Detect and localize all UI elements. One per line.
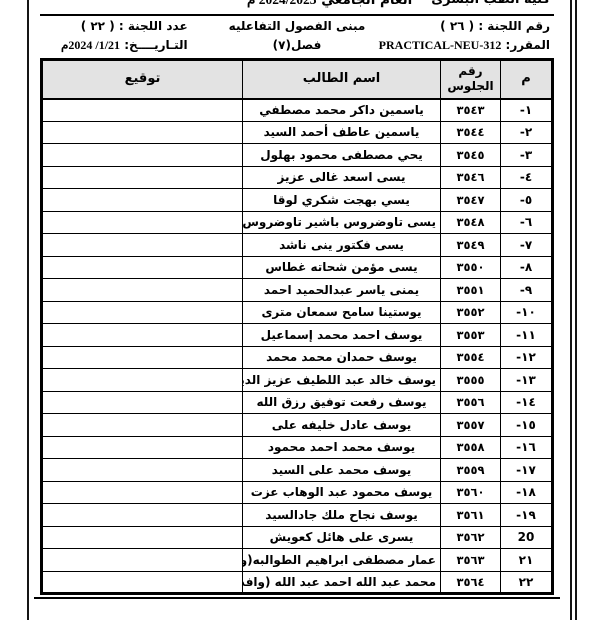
table-row: ١- ٣٥٤٣ ياسمين داكر محمد مصطفي: [42, 99, 553, 122]
table-row: ٢- ٣٥٤٤ ياسمين عاطف أحمد السيد: [42, 121, 553, 144]
table-row: ١٢- ٣٥٥٤ يوسف حمدان محمد محمد: [42, 346, 553, 369]
row-student-name: يوسف محمد احمد محمود: [243, 436, 441, 459]
row-signature-cell: [42, 526, 243, 549]
row-signature-cell: [42, 436, 243, 459]
row-serial: ٢١: [501, 549, 553, 572]
row-student-name: يوسف عادل خليفه على: [243, 414, 441, 437]
date-label: التـاريــــخ:: [124, 38, 187, 52]
row-student-name: يوسف محمد على السيد: [243, 459, 441, 482]
table-row: ٣- ٣٥٤٥ يحي مصطفى محمود بهلول: [42, 144, 553, 167]
table-row: ١٠- ٣٥٥٢ يوستينا سامح سمعان مترى: [42, 301, 553, 324]
table-row: ١٥- ٣٥٥٧ يوسف عادل خليفه على: [42, 414, 553, 437]
date-value: م2024 /1/21: [61, 36, 120, 55]
row-signature-cell: [42, 369, 243, 392]
academic-year-label: العام الجامعي: [321, 0, 412, 8]
row-student-name: ياسمين داكر محمد مصطفي: [243, 99, 441, 122]
row-signature-cell: [42, 256, 243, 279]
row-seat-number: ٣٥٤٦: [441, 166, 501, 189]
table-row: ٥- ٣٥٤٧ يسي بهجت شكري لوقا: [42, 189, 553, 212]
row-student-name: يمنى ياسر عبدالحميد احمد: [243, 279, 441, 302]
row-seat-number: ٣٥٥١: [441, 279, 501, 302]
row-seat-number: ٣٥٥٤: [441, 346, 501, 369]
row-serial: 20: [501, 526, 553, 549]
row-signature-cell: [42, 189, 243, 212]
table-row: ٢١ ٣٥٦٣ عمار مصطفى ابراهيم الطوالبه(وافد…: [42, 549, 553, 572]
row-signature-cell: [42, 144, 243, 167]
table-row: ١٩- ٣٥٦١ يوسف نجاح ملك جادالسيد: [42, 504, 553, 527]
table-row: ٦- ٣٥٤٨ يسى تاوضروس باشير تاوضروس: [42, 211, 553, 234]
row-seat-number: ٣٥٤٣: [441, 99, 501, 122]
course-label: المقرر:: [506, 38, 550, 52]
building-name: مبنى الفصول التفاعليه: [210, 17, 385, 36]
row-seat-number: ٣٥٦٤: [441, 571, 501, 594]
row-serial: ١١-: [501, 324, 553, 347]
row-student-name: يسى تاوضروس باشير تاوضروس: [243, 211, 441, 234]
row-student-name: ياسمين عاطف أحمد السيد: [243, 121, 441, 144]
row-serial: ١٦-: [501, 436, 553, 459]
page-border-right-inner: [575, 0, 577, 620]
serial-column-header: م: [501, 60, 553, 99]
row-signature-cell: [42, 211, 243, 234]
row-seat-number: ٣٥٥٩: [441, 459, 501, 482]
faculty-name: كلية الطب البشرى: [431, 0, 550, 7]
row-signature-cell: [42, 166, 243, 189]
row-student-name: يوسف رفعت توفيق رزق الله: [243, 391, 441, 414]
table-row: ١١- ٣٥٥٣ يوسف احمد محمد إسماعيل: [42, 324, 553, 347]
course-code: PRACTICAL-NEU-312: [379, 38, 502, 52]
row-seat-number: ٣٥٤٧: [441, 189, 501, 212]
table-bottom-rule: [34, 597, 560, 599]
row-serial: ١٤-: [501, 391, 553, 414]
table-row: ١٤- ٣٥٥٦ يوسف رفعت توفيق رزق الله: [42, 391, 553, 414]
row-serial: ١٣-: [501, 369, 553, 392]
row-serial: ٨-: [501, 256, 553, 279]
row-serial: ٧-: [501, 234, 553, 257]
row-seat-number: ٣٥٦٠: [441, 481, 501, 504]
row-signature-cell: [42, 234, 243, 257]
row-signature-cell: [42, 324, 243, 347]
row-serial: ٥-: [501, 189, 553, 212]
students-table-body: ١- ٣٥٤٣ ياسمين داكر محمد مصطفي ٢- ٣٥٤٤ ي…: [42, 99, 553, 594]
row-seat-number: ٣٥٤٥: [441, 144, 501, 167]
row-seat-number: ٣٥٥٢: [441, 301, 501, 324]
students-table: م رقم الجلوس اسم الطالب توقيع ١- ٣٥٤٣ يا…: [40, 58, 554, 595]
row-student-name: يوسف نجاح ملك جادالسيد: [243, 504, 441, 527]
exam-info-block: رقم اللجنة : ( ٢٦ ) المقرر: PRACTICAL-NE…: [40, 17, 554, 57]
row-seat-number: ٣٥٤٩: [441, 234, 501, 257]
row-seat-number: ٣٥٥٠: [441, 256, 501, 279]
row-seat-number: ٣٥٥٨: [441, 436, 501, 459]
page-border-left: [27, 0, 29, 620]
row-seat-number: ٣٥٤٤: [441, 121, 501, 144]
classroom: فصل(٧): [210, 36, 385, 55]
clipped-previous-header: العام الجامعي م 2024/2023 كلية الطب البش…: [0, 0, 596, 13]
row-signature-cell: [42, 459, 243, 482]
student-name-column-header: اسم الطالب: [243, 60, 441, 99]
row-student-name: يوسف حمدان محمد محمد: [243, 346, 441, 369]
row-seat-number: ٣٥٦١: [441, 504, 501, 527]
table-row: ٢٢ ٣٥٦٤ محمد عبد الله احمد عبد الله (واف…: [42, 571, 553, 594]
row-signature-cell: [42, 571, 243, 594]
row-signature-cell: [42, 121, 243, 144]
row-student-name: يوسف احمد محمد إسماعيل: [243, 324, 441, 347]
row-student-name: يسى فكتور ينى ناشد: [243, 234, 441, 257]
row-student-name: يسي بهجت شكري لوقا: [243, 189, 441, 212]
row-serial: ٩-: [501, 279, 553, 302]
row-student-name: يسى مؤمن شحاته غطاس: [243, 256, 441, 279]
info-column-right: رقم اللجنة : ( ٢٦ ) المقرر: PRACTICAL-NE…: [384, 17, 554, 57]
row-student-name: محمد عبد الله احمد عبد الله (وافد يمنى): [243, 571, 441, 594]
info-column-center: مبنى الفصول التفاعليه فصل(٧): [210, 17, 385, 57]
row-serial: ١٢-: [501, 346, 553, 369]
row-serial: ٤-: [501, 166, 553, 189]
row-serial: ٣-: [501, 144, 553, 167]
row-serial: ١٥-: [501, 414, 553, 437]
course-line: المقرر: PRACTICAL-NEU-312: [384, 36, 550, 55]
table-row: ١٧- ٣٥٥٩ يوسف محمد على السيد: [42, 459, 553, 482]
info-column-left: عدد اللجنة : ( ٢٢ ) التـاريــــخ: م2024 …: [40, 17, 210, 57]
row-signature-cell: [42, 549, 243, 572]
table-row: ٧- ٣٥٤٩ يسى فكتور ينى ناشد: [42, 234, 553, 257]
row-seat-number: ٣٥٤٨: [441, 211, 501, 234]
table-row: ٤- ٣٥٤٦ يسى اسعد غالى عزيز: [42, 166, 553, 189]
row-serial: ٦-: [501, 211, 553, 234]
row-signature-cell: [42, 99, 243, 122]
academic-year-title: العام الجامعي م 2024/2023: [247, 0, 412, 8]
page-border-right-outer: [570, 0, 572, 620]
row-seat-number: ٣٥٥٥: [441, 369, 501, 392]
row-seat-number: ٣٥٥٧: [441, 414, 501, 437]
row-serial: ٢-: [501, 121, 553, 144]
row-seat-number: ٣٥٥٦: [441, 391, 501, 414]
row-seat-number: ٣٥٦٢: [441, 526, 501, 549]
table-row: ١٣- ٣٥٥٥ يوسف خالد عبد اللطيف عزيز الدين…: [42, 369, 553, 392]
row-signature-cell: [42, 301, 243, 324]
row-serial: ١٠-: [501, 301, 553, 324]
row-signature-cell: [42, 346, 243, 369]
table-row: 20 ٣٥٦٢ يسرى على هائل كعويش: [42, 526, 553, 549]
academic-year-value: م 2024/2023: [247, 0, 316, 8]
table-row: ٨- ٣٥٥٠ يسى مؤمن شحاته غطاس: [42, 256, 553, 279]
row-seat-number: ٣٥٦٣: [441, 549, 501, 572]
table-row: ١٦- ٣٥٥٨ يوسف محمد احمد محمود: [42, 436, 553, 459]
table-row: ٩- ٣٥٥١ يمنى ياسر عبدالحميد احمد: [42, 279, 553, 302]
committee-number: رقم اللجنة : ( ٢٦ ): [384, 17, 550, 36]
row-student-name: يوستينا سامح سمعان مترى: [243, 301, 441, 324]
row-signature-cell: [42, 504, 243, 527]
row-serial: ١٨-: [501, 481, 553, 504]
row-student-name: يوسف محمود عبد الوهاب عزت: [243, 481, 441, 504]
row-seat-number: ٣٥٥٣: [441, 324, 501, 347]
exam-date-line: التـاريــــخ: م2024 /1/21: [40, 36, 188, 55]
row-student-name: يحي مصطفى محمود بهلول: [243, 144, 441, 167]
row-serial: ١-: [501, 99, 553, 122]
row-student-name: يسى اسعد غالى عزيز: [243, 166, 441, 189]
row-student-name: يوسف خالد عبد اللطيف عزيز الدين باق: [243, 369, 441, 392]
row-student-name: يسرى على هائل كعويش: [243, 526, 441, 549]
row-signature-cell: [42, 391, 243, 414]
row-serial: ١٧-: [501, 459, 553, 482]
row-serial: ٢٢: [501, 571, 553, 594]
signature-column-header: توقيع: [42, 60, 243, 99]
row-serial: ١٩-: [501, 504, 553, 527]
seat-number-column-header: رقم الجلوس: [441, 60, 501, 99]
row-signature-cell: [42, 279, 243, 302]
row-signature-cell: [42, 481, 243, 504]
row-student-name: عمار مصطفى ابراهيم الطوالبه(وافد اردنى): [243, 549, 441, 572]
header-divider-line: [40, 14, 554, 16]
table-row: ١٨- ٣٥٦٠ يوسف محمود عبد الوهاب عزت: [42, 481, 553, 504]
row-signature-cell: [42, 414, 243, 437]
table-header-row: م رقم الجلوس اسم الطالب توقيع: [42, 60, 553, 99]
committee-count: عدد اللجنة : ( ٢٢ ): [40, 17, 188, 36]
